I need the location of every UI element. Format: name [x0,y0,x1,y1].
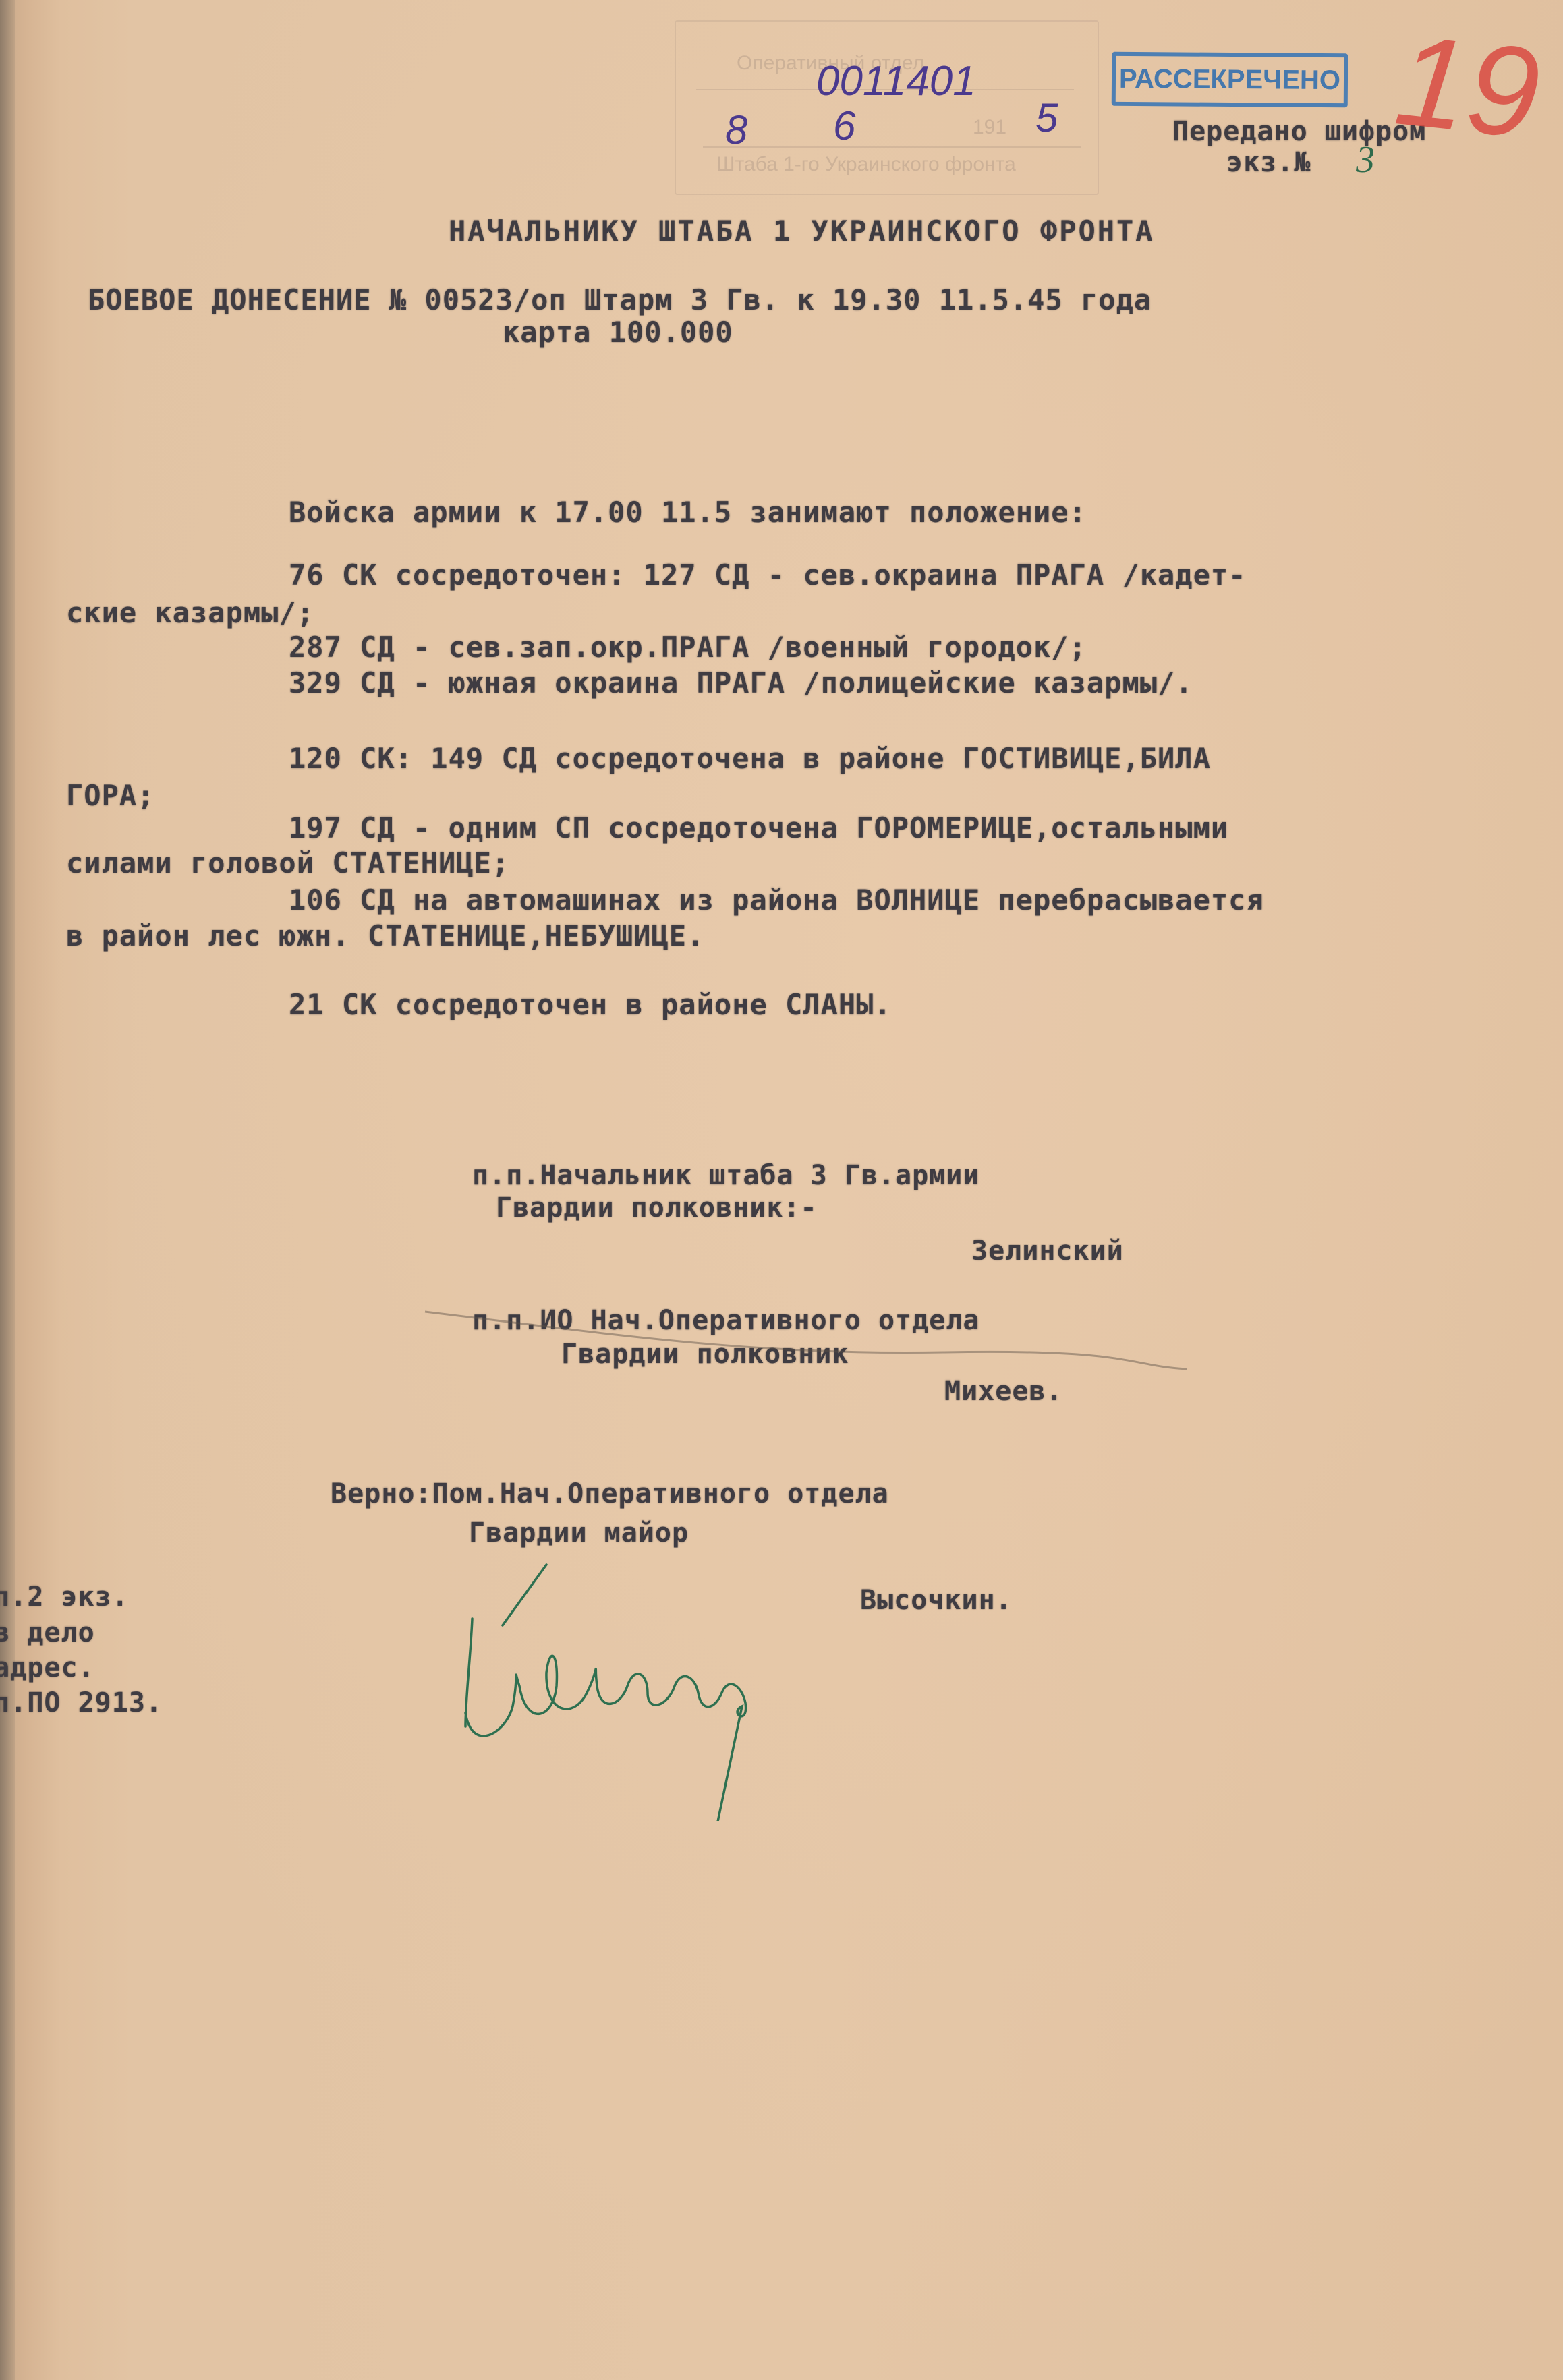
transmission-note: Передано шифром [1172,116,1426,147]
registration-month: 6 [833,103,855,149]
body-line: 76 СК сосредоточен: 127 СД - сев.окраина… [289,558,1246,591]
addressee: НАЧАЛЬНИКУ ШТАБА 1 УКРАИНСКОГО ФРОНТА [449,214,1155,248]
registration-year: 5 [1035,94,1058,141]
folio-number: 19 [1389,7,1546,168]
declassified-stamp: РАССЕКРЕЧЕНО [1112,52,1348,107]
certification-title: Верно:Пом.Нач.Оперативного отдела [331,1478,889,1509]
declassified-stamp-text: РАССЕКРЕЧЕНО [1119,63,1340,95]
body-line: 120 СК: 149 СД сосредоточена в районе ГО… [289,742,1211,775]
registration-day: 8 [725,107,747,153]
body-line: Войска армии к 17.00 11.5 занимают полож… [289,496,1087,529]
report-title: БОЕВОЕ ДОНЕСЕНИЕ № 00523/оп Штарм 3 Гв. … [88,283,1152,316]
signatory-1-rank: Гвардии полковник:- [496,1192,818,1223]
distribution-line: Отп.2 экз. [0,1581,129,1613]
copy-label: экз.№ [1226,147,1311,178]
distribution-line: Исп.ПО 2913. [0,1687,163,1718]
body-line: 106 СД на автомашинах из района ВОЛНИЦЕ … [289,883,1264,917]
binding-edge [0,0,15,2380]
certification-name: Высочкин. [860,1585,1013,1616]
body-line: 197 СД - одним СП сосредоточена ГОРОМЕРИ… [289,811,1228,844]
distribution-line: 1 в дело [0,1617,95,1648]
body-line: 287 СД - сев.зап.окр.ПРАГА /военный горо… [289,631,1087,664]
map-scale: карта 100.000 [503,316,733,349]
distribution-line: 2 адрес. [0,1652,95,1683]
copy-number: 3 [1356,138,1375,181]
body-line: ГОРА; [66,779,154,812]
signatory-1-name: Зелинский [971,1236,1124,1267]
pencil-mark [418,1295,1194,1376]
divider [703,146,1081,148]
body-line: 21 СК сосредоточен в районе СЛАНЫ. [289,988,892,1021]
registration-stamp-year-prefix: 191 [973,116,1006,139]
certification-rank: Гвардии майор [469,1517,689,1548]
body-line: силами головой СТАТЕНИЦЕ; [66,846,509,879]
registration-stamp-line3: Штаба 1-го Украинского фронта [716,153,1016,176]
handwritten-signature [445,1551,877,1821]
body-line: ские казармы/; [66,596,314,629]
signatory-2-name: Михеев. [944,1376,1063,1407]
body-line: 329 СД - южная окраина ПРАГА /полицейски… [289,666,1193,699]
registration-number: 0011401 [816,57,976,105]
signatory-1-title: п.п.Начальник штаба 3 Гв.армии [472,1160,979,1191]
body-line: в район лес южн. СТАТЕНИЦЕ,НЕБУШИЦЕ. [66,919,704,952]
